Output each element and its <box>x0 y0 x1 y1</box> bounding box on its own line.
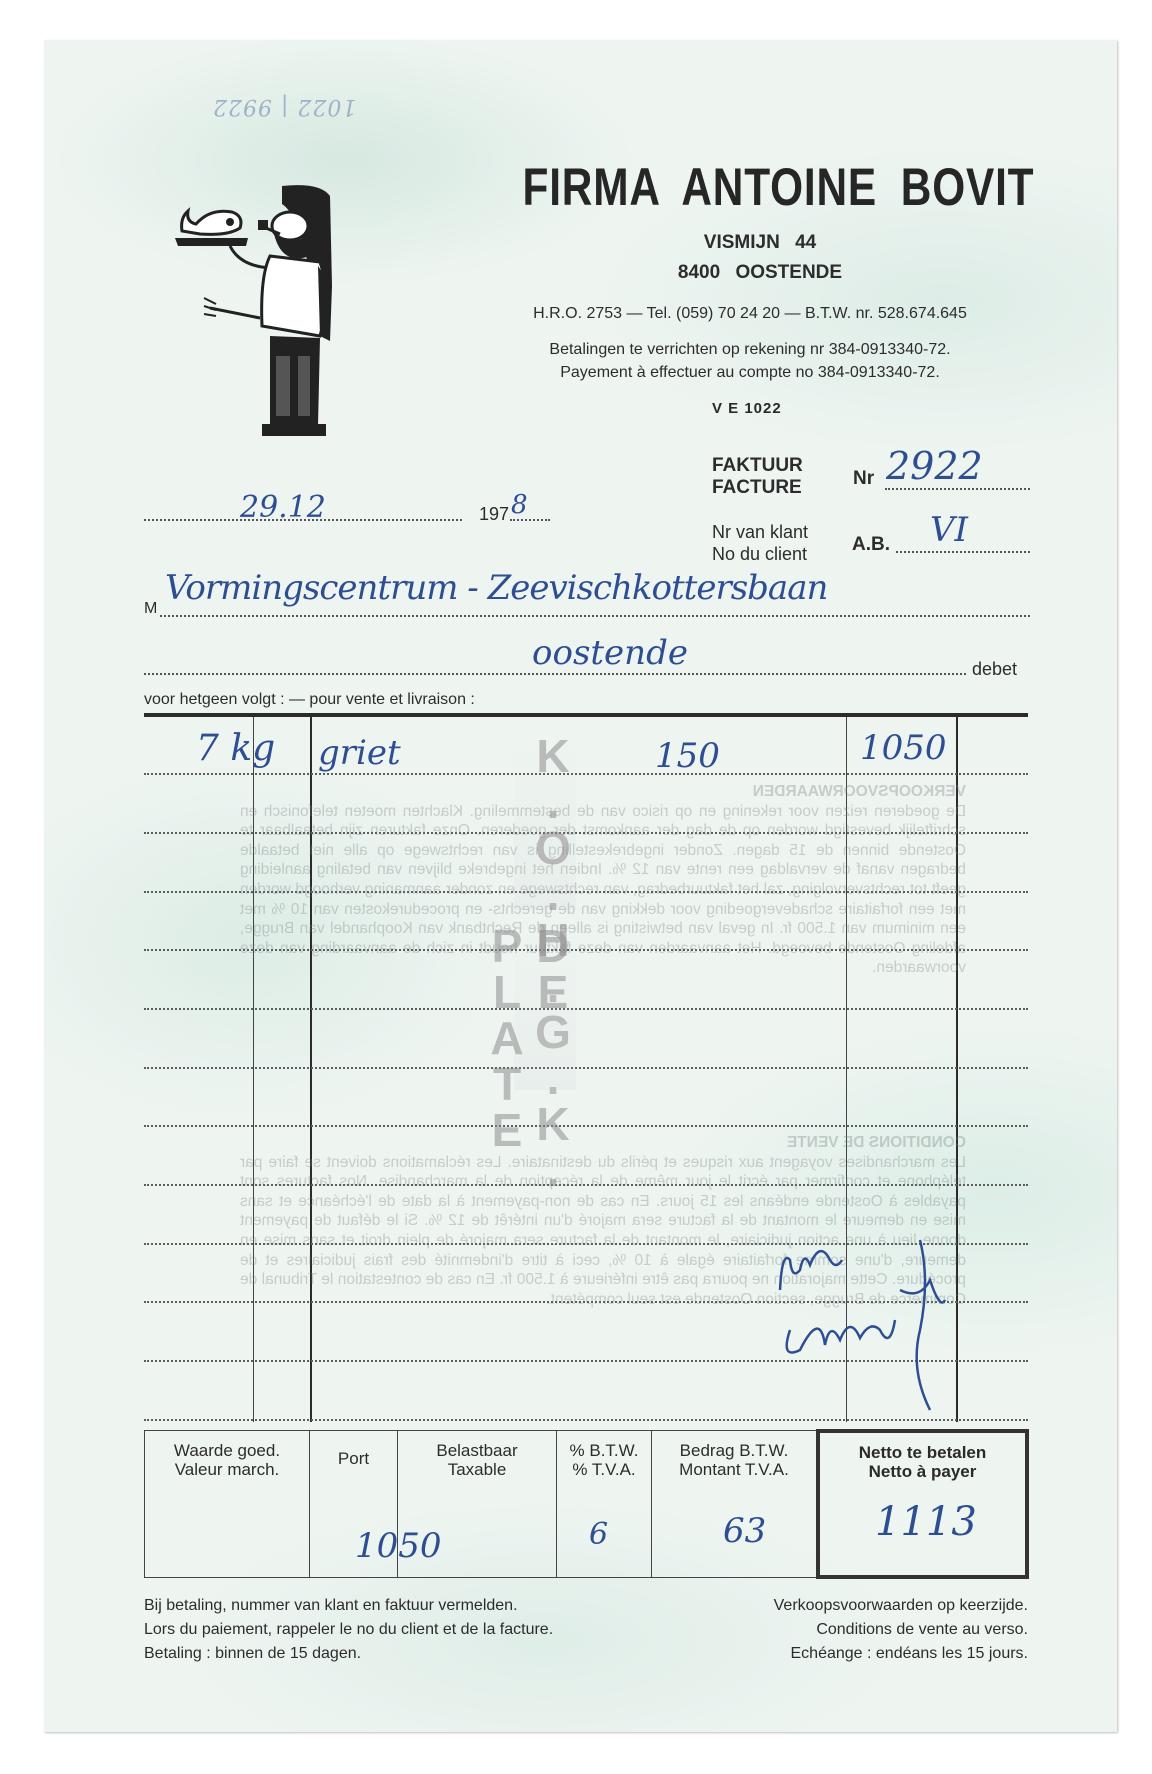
row-line <box>144 1008 1028 1010</box>
line-item-unit-price: 150 <box>655 736 720 776</box>
customer-city: oostende <box>532 633 688 673</box>
customer-line-2 <box>144 673 966 675</box>
client-label: Nr van klant No du client <box>712 521 808 565</box>
company-street: VISMIJN 44 <box>560 232 960 254</box>
pencil-note: 1022 | 9922 <box>212 94 356 119</box>
company-city: 8400 OOSTENDE <box>560 262 960 284</box>
customer-prefix: M <box>144 598 157 620</box>
row-line <box>144 773 1028 775</box>
watermark-top: K.O.H.G.K. <box>514 730 576 910</box>
totals-goods-value-header: Waarde goed. Valeur march. <box>145 1431 310 1577</box>
invoice-number: 2922 <box>886 444 983 488</box>
totals-vat-rate-header: % B.T.W. % T.V.A. <box>557 1431 652 1577</box>
payment-instruction-nl: Betalingen te verrichten op rekening nr … <box>460 341 1040 359</box>
invoice-nr-label: Nr <box>853 468 874 490</box>
line-item-amount: 1050 <box>860 728 947 768</box>
footer-left: Bij betaling, nummer van klant en faktuu… <box>144 1594 553 1666</box>
customer-line-1 <box>160 615 1030 617</box>
company-registration-line: H.R.O. 2753 — Tel. (059) 70 24 20 — B.T.… <box>460 305 1040 323</box>
footer-right-line: Echéange : endéans les 15 jours. <box>640 1642 1028 1666</box>
reverse-side-show-through-nl: VERKOOPSVOORWAARDEN De goederen reizen v… <box>240 782 966 978</box>
client-prefix: A.B. <box>852 534 890 556</box>
footer-left-line: Bij betaling, nummer van klant en faktuu… <box>144 1594 553 1618</box>
watermark-bottom: DE PLATE <box>514 920 576 1090</box>
row-line <box>144 1067 1028 1069</box>
year-suffix: 8 <box>511 490 528 520</box>
year-line <box>510 519 550 521</box>
signature-icon <box>770 1220 980 1420</box>
footer-left-line: Lors du paiement, rappeler le no du clie… <box>144 1618 553 1642</box>
company-name: FIRMA ANTOINE BOVIT <box>523 157 975 218</box>
items-table-top-rule <box>144 713 1028 717</box>
client-number-line <box>896 551 1030 553</box>
totals-vat-amount-value: 63 <box>723 1511 766 1551</box>
ve-code: V E 1022 <box>712 400 782 417</box>
totals-table: Waarde goed. Valeur march. Port Belastba… <box>144 1430 1028 1578</box>
debet-label: debet <box>972 658 1017 680</box>
row-line <box>144 1125 1028 1127</box>
totals-vat-amount-header: Bedrag B.T.W. Montant T.V.A. <box>652 1431 816 1577</box>
invoice-date-day: 29.12 <box>240 490 326 525</box>
client-label-fr: No du client <box>712 543 808 565</box>
client-label-nl: Nr van klant <box>712 521 808 543</box>
invoice-label-nl: FAKTUUR <box>712 455 803 477</box>
year-prefix: 197 <box>479 503 509 525</box>
line-item-qty: 7 kg <box>196 728 275 769</box>
invoice-label-fr: FACTURE <box>712 477 803 499</box>
totals-vat-rate-value: 6 <box>589 1517 608 1552</box>
fisherman-logo-icon <box>170 176 335 441</box>
footer-left-line: Betaling : binnen de 15 dagen. <box>144 1642 553 1666</box>
footer-right: Verkoopsvoorwaarden op keerzijde. Condit… <box>640 1594 1028 1666</box>
customer-name: Vormingscentrum - Zeevischkottersbaan <box>165 568 827 608</box>
items-intro: voor hetgeen volgt : — pour vente et liv… <box>144 689 475 711</box>
net-to-pay-value: 1113 <box>875 1499 977 1545</box>
invoice-number-line <box>885 488 1030 490</box>
payment-instruction-fr: Payement à effectuer au compte no 384-09… <box>460 364 1040 382</box>
invoice-label: FAKTUUR FACTURE <box>712 455 803 499</box>
footer-right-line: Verkoopsvoorwaarden op keerzijde. <box>640 1594 1028 1618</box>
line-item-description: griet <box>318 733 401 773</box>
footer-right-line: Conditions de vente au verso. <box>640 1618 1028 1642</box>
totals-taxable-value: 1050 <box>355 1526 442 1566</box>
client-number: VI <box>930 510 968 550</box>
